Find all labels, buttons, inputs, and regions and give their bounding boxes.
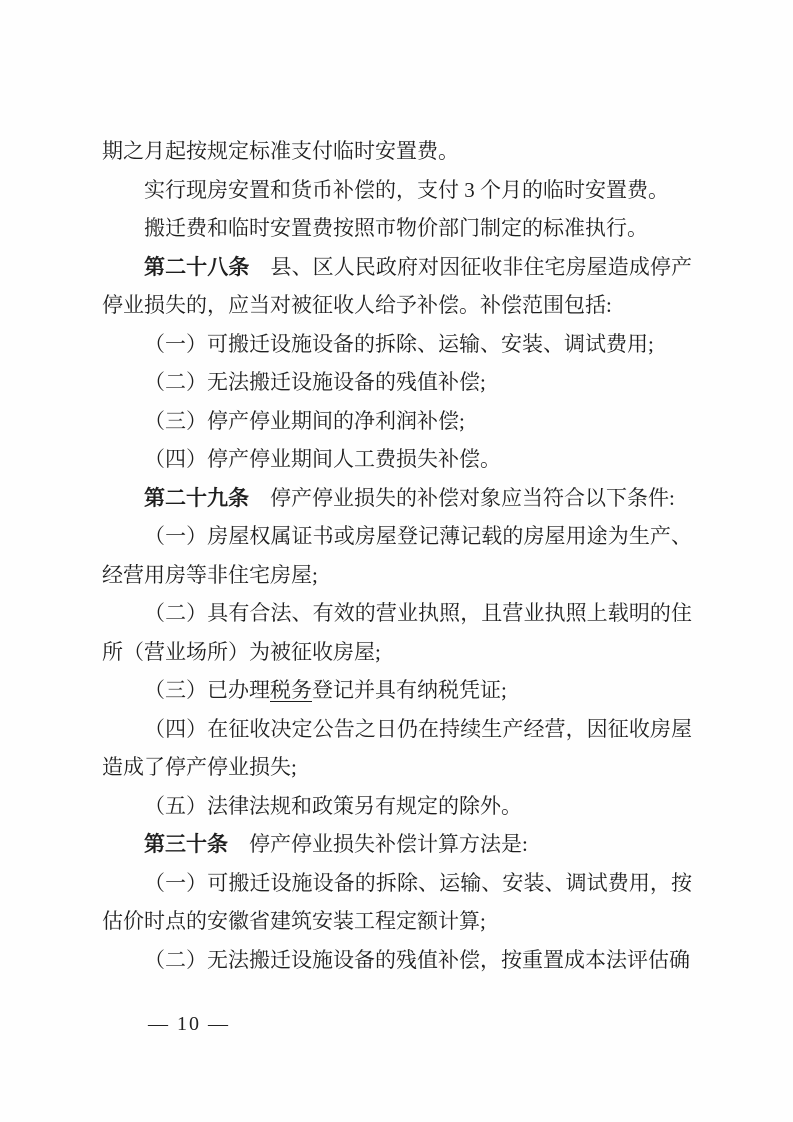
paragraph: 第二十九条 停产停业损失的补偿对象应当符合以下条件: <box>102 479 692 518</box>
text-segment: （四）在征收决定公告之日仍在持续生产经营，因征收房屋造成了停产停业损失; <box>102 717 692 780</box>
article-number-heading: 第三十条 <box>144 832 228 856</box>
paragraph: 期之月起按规定标准支付临时安置费。 <box>102 132 692 171</box>
article-number-heading: 第二十八条 <box>144 255 249 279</box>
text-segment: （二）具有合法、有效的营业执照，且营业执照上载明的住所（营业场所）为被征收房屋; <box>102 601 692 664</box>
paragraph: （二）无法搬迁设施设备的残值补偿，按重置成本法评估确 <box>102 941 692 980</box>
paragraph: （三）停产停业期间的净利润补偿; <box>102 402 692 441</box>
text-segment: 停产停业损失补偿计算方法是: <box>228 832 528 856</box>
paragraph: 第二十八条 县、区人民政府对因征收非住宅房屋造成停产停业损失的，应当对被征收人给… <box>102 248 692 325</box>
page-footer: — 10 — <box>120 990 230 1059</box>
paragraph: （一）可搬迁设施设备的拆除、运输、安装、调试费用，按估价时点的安徽省建筑安装工程… <box>102 864 692 941</box>
paragraph: 第三十条 停产停业损失补偿计算方法是: <box>102 825 692 864</box>
underlined-text: 税务 <box>270 678 312 702</box>
paragraph: 实行现房安置和货币补偿的，支付 3 个月的临时安置费。 <box>102 171 692 210</box>
paragraph: （二）具有合法、有效的营业执照，且营业执照上载明的住所（营业场所）为被征收房屋; <box>102 594 692 671</box>
document-page: 期之月起按规定标准支付临时安置费。实行现房安置和货币补偿的，支付 3 个月的临时… <box>0 0 793 1122</box>
paragraph: （二）无法搬迁设施设备的残值补偿; <box>102 363 692 402</box>
paragraph: （四）在征收决定公告之日仍在持续生产经营，因征收房屋造成了停产停业损失; <box>102 710 692 787</box>
text-segment: （二）无法搬迁设施设备的残值补偿; <box>144 370 486 394</box>
text-segment: （四）停产停业期间人工费损失补偿。 <box>144 447 501 471</box>
text-segment: 登记并具有纳税凭证; <box>312 678 507 702</box>
text-segment: 停产停业损失的补偿对象应当符合以下条件: <box>249 486 675 510</box>
text-segment: （五）法律法规和政策另有规定的除外。 <box>144 794 522 818</box>
text-segment: （三）停产停业期间的净利润补偿; <box>144 409 465 433</box>
text-segment: （一）可搬迁设施设备的拆除、运输、安装、调试费用; <box>144 332 654 356</box>
text-segment: （三）已办理 <box>144 678 270 702</box>
text-segment: 搬迁费和临时安置费按照市物价部门制定的标准执行。 <box>144 216 648 240</box>
paragraph: （三）已办理税务登记并具有纳税凭证; <box>102 671 692 710</box>
text-segment: （一）可搬迁设施设备的拆除、运输、安装、调试费用，按估价时点的安徽省建筑安装工程… <box>102 871 692 934</box>
document-body: 期之月起按规定标准支付临时安置费。实行现房安置和货币补偿的，支付 3 个月的临时… <box>102 132 692 979</box>
text-segment: （二）无法搬迁设施设备的残值补偿，按重置成本法评估确 <box>144 948 690 972</box>
paragraph: （五）法律法规和政策另有规定的除外。 <box>102 787 692 826</box>
article-number-heading: 第二十九条 <box>144 486 249 510</box>
paragraph: （一）房屋权属证书或房屋登记薄记载的房屋用途为生产、经营用房等非住宅房屋; <box>102 517 692 594</box>
text-segment: 实行现房安置和货币补偿的，支付 3 个月的临时安置费。 <box>144 178 669 202</box>
paragraph: （一）可搬迁设施设备的拆除、运输、安装、调试费用; <box>102 325 692 364</box>
text-segment: （一）房屋权属证书或房屋登记薄记载的房屋用途为生产、经营用房等非住宅房屋; <box>102 524 692 587</box>
text-segment: 期之月起按规定标准支付临时安置费。 <box>102 139 459 163</box>
paragraph: 搬迁费和临时安置费按照市物价部门制定的标准执行。 <box>102 209 692 248</box>
page-number: — 10 — <box>148 1013 230 1035</box>
paragraph: （四）停产停业期间人工费损失补偿。 <box>102 440 692 479</box>
